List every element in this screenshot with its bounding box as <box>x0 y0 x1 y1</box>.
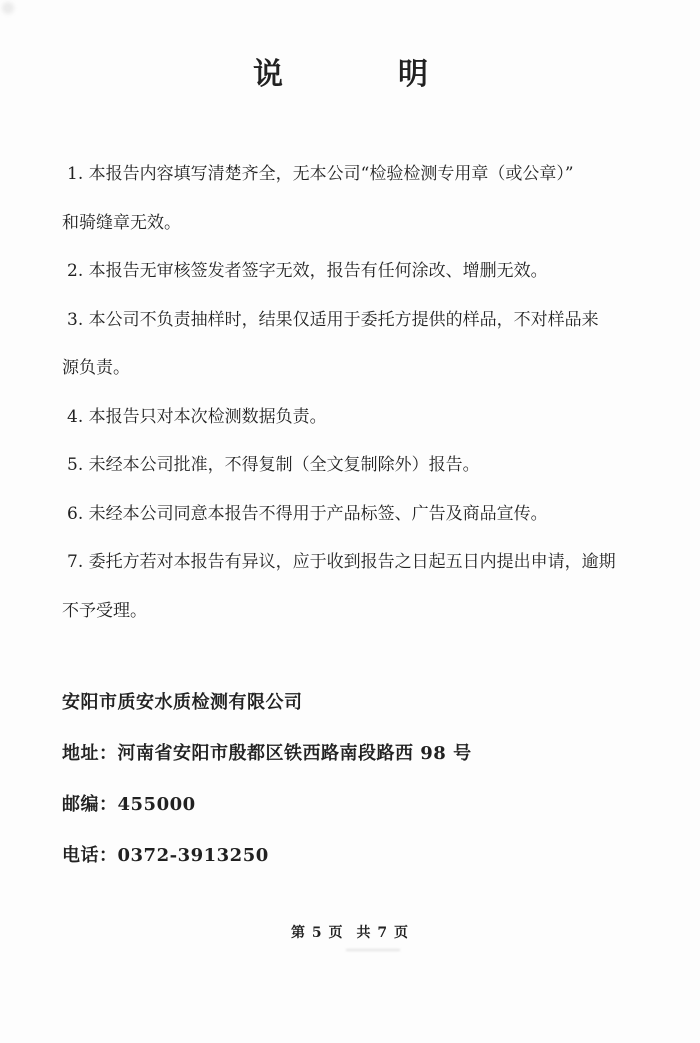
footer-total-pages: 共 7 页 <box>357 925 410 942</box>
notes-list: 1. 本报告内容填写清楚齐全，无本公司“检验检测专用章（或公章）” 和骑缝章无效… <box>62 150 662 635</box>
scan-smudge-footer <box>346 949 400 951</box>
company-phone: 电话：0372-3913250 <box>62 830 472 881</box>
company-address: 地址：河南省安阳市殷都区铁西路南段路西 98 号 <box>62 728 472 779</box>
page-title-char-1: 说 <box>253 58 283 91</box>
note-line-4: 4. 本报告只对本次检测数据负责。 <box>62 393 662 442</box>
scan-smudge-corner <box>2 2 14 14</box>
footer-current-page: 第 5 页 <box>291 925 344 942</box>
report-notes-page: 说 明 1. 本报告内容填写清楚齐全，无本公司“检验检测专用章（或公章）” 和骑… <box>0 0 700 1043</box>
page-title: 说 明 <box>253 58 428 91</box>
note-line-3b: 源负责。 <box>62 344 662 393</box>
note-line-3: 3. 本公司不负责抽样时，结果仅适用于委托方提供的样品，不对样品来 <box>62 296 662 345</box>
note-line-7b: 不予受理。 <box>62 587 662 636</box>
note-line-1: 1. 本报告内容填写清楚齐全，无本公司“检验检测专用章（或公章）” <box>62 150 662 199</box>
note-line-2: 2. 本报告无审核签发者签字无效，报告有任何涂改、增删无效。 <box>62 247 662 296</box>
page-title-char-2: 明 <box>398 58 428 91</box>
page-footer: 第 5 页 共 7 页 <box>0 925 700 942</box>
company-postcode: 邮编：455000 <box>62 779 472 830</box>
note-line-7: 7. 委托方若对本报告有异议，应于收到报告之日起五日内提出申请，逾期 <box>62 538 662 587</box>
note-line-6: 6. 未经本公司同意本报告不得用于产品标签、广告及商品宣传。 <box>62 490 662 539</box>
note-line-5: 5. 未经本公司批准，不得复制（全文复制除外）报告。 <box>62 441 662 490</box>
company-info-block: 安阳市质安水质检测有限公司 地址：河南省安阳市殷都区铁西路南段路西 98 号 邮… <box>62 677 472 881</box>
company-name: 安阳市质安水质检测有限公司 <box>62 677 472 728</box>
note-line-1b: 和骑缝章无效。 <box>62 199 662 248</box>
